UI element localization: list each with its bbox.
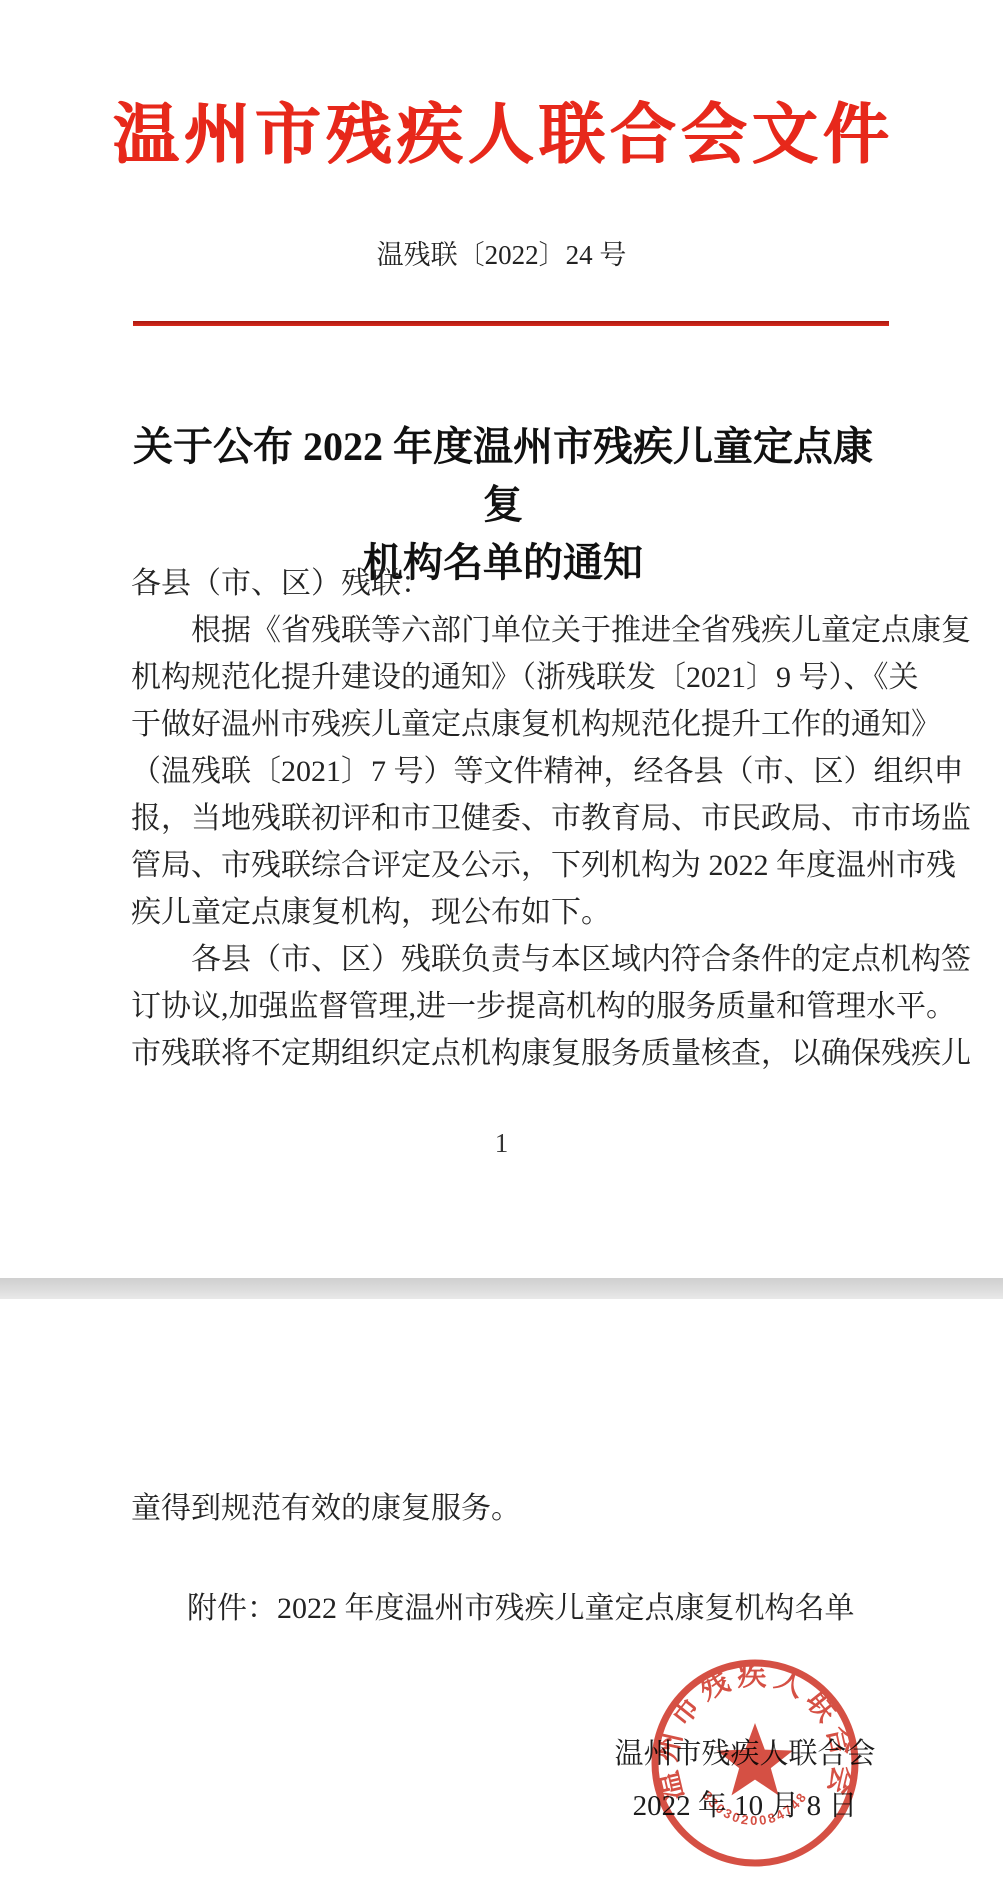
letterhead-rule (133, 321, 889, 326)
body-line: 各县（市、区）残联负责与本区域内符合条件的定点机构签 (131, 936, 889, 983)
body-line: 各县（市、区）残联： (131, 560, 889, 607)
body-line: 根据《省残联等六部门单位关于推进全省残疾儿童定点康复 (131, 607, 889, 654)
seal-code-textpath: 3303020084748 (699, 1788, 810, 1828)
notice-title-line1: 关于公布 2022 年度温州市残疾儿童定点康复 (123, 418, 883, 534)
attachment-line: 附件：2022 年度温州市残疾儿童定点康复机构名单 (187, 1589, 945, 1629)
page-2: 童得到规范有效的康复服务。 附件：2022 年度温州市残疾儿童定点康复机构名单 … (0, 1299, 1003, 1895)
body-line: 市残联将不定期组织定点机构康复服务质量核查，以确保残疾儿 (131, 1030, 889, 1077)
body-line: 于做好温州市残疾儿童定点康复机构规范化提升工作的通知》 (131, 701, 889, 748)
page-separator (0, 1278, 1003, 1299)
seal-code-text: 3303020084748 (699, 1788, 810, 1828)
body-text: 各县（市、区）残联： 根据《省残联等六部门单位关于推进全省残疾儿童定点康复 机构… (131, 560, 889, 1077)
body-line: （温残联〔2021〕7 号）等文件精神，经各县（市、区）组织申 (131, 748, 889, 795)
body-line: 管局、市残联综合评定及公示，下列机构为 2022 年度温州市残 (131, 842, 889, 889)
page-1: 温州市残疾人联合会文件 温残联〔2022〕24 号 关于公布 2022 年度温州… (0, 0, 1003, 1278)
document-scan: 温州市残疾人联合会文件 温残联〔2022〕24 号 关于公布 2022 年度温州… (0, 0, 1003, 1895)
document-number: 温残联〔2022〕24 号 (0, 233, 1003, 272)
body-line: 订协议,加强监督管理,进一步提高机构的服务质量和管理水平。 (131, 983, 889, 1030)
body-line: 报，当地残联初评和市卫健委、市教育局、市民政局、市市场监 (131, 795, 889, 842)
body-continuation-line: 童得到规范有效的康复服务。 (131, 1489, 889, 1529)
letterhead-title: 温州市残疾人联合会文件 (123, 78, 883, 178)
official-seal: 温州市残疾人联合会 3303020084748 (645, 1653, 865, 1873)
body-line: 机构规范化提升建设的通知》（浙残联发〔2021〕9 号）、《关 (131, 654, 889, 701)
page-number: 1 (0, 1128, 1003, 1159)
star-icon (717, 1723, 793, 1795)
body-line: 疾儿童定点康复机构，现公布如下。 (131, 889, 889, 936)
